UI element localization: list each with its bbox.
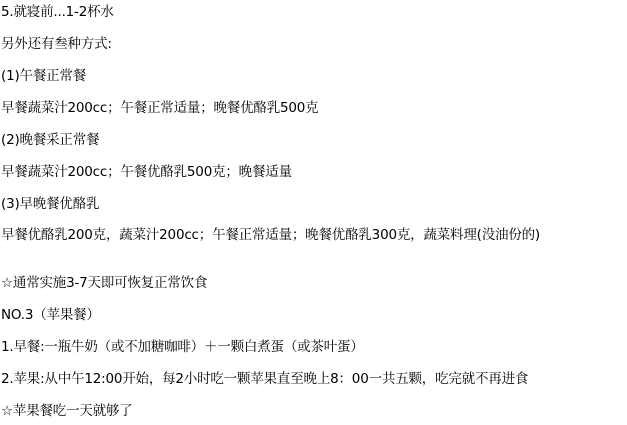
- document-body: 5.就寝前...1-2杯水 另外还有叁种方式: (1)午餐正常餐 早餐蔬菜汁20…: [0, 0, 627, 425]
- apple-diet-heading: NO.3（苹果餐）: [1, 307, 100, 323]
- apple-diet-breakfast: 1.早餐:一瓶牛奶（或不加糖咖啡）＋一颗白煮蛋（或茶叶蛋）: [1, 339, 364, 355]
- three-methods-heading: 另外还有叁种方式:: [1, 36, 112, 52]
- bedtime-water-line: 5.就寝前...1-2杯水: [1, 4, 114, 20]
- apple-diet-note: ☆苹果餐吃一天就够了: [1, 403, 133, 419]
- normal-diet-note: ☆通常实施3-7天即可恢复正常饮食: [1, 275, 207, 291]
- method-1-title: (1)午餐正常餐: [1, 68, 86, 84]
- method-3-detail: 早餐优酪乳200克，蔬菜汁200cc；午餐正常适量；晚餐优酪乳300克，蔬菜料理…: [1, 227, 626, 243]
- method-1-detail: 早餐蔬菜汁200cc；午餐正常适量；晚餐优酪乳500克: [1, 100, 318, 116]
- method-3-title: (3)早晚餐优酪乳: [1, 196, 99, 212]
- method-2-detail: 早餐蔬菜汁200cc；午餐优酪乳500克；晚餐适量: [1, 164, 292, 180]
- apple-diet-apples: 2.苹果:从中午12:00开始，每2小时吃一颗苹果直至晚上8：00一共五颗，吃完…: [1, 371, 528, 387]
- method-2-title: (2)晚餐采正常餐: [1, 132, 99, 148]
